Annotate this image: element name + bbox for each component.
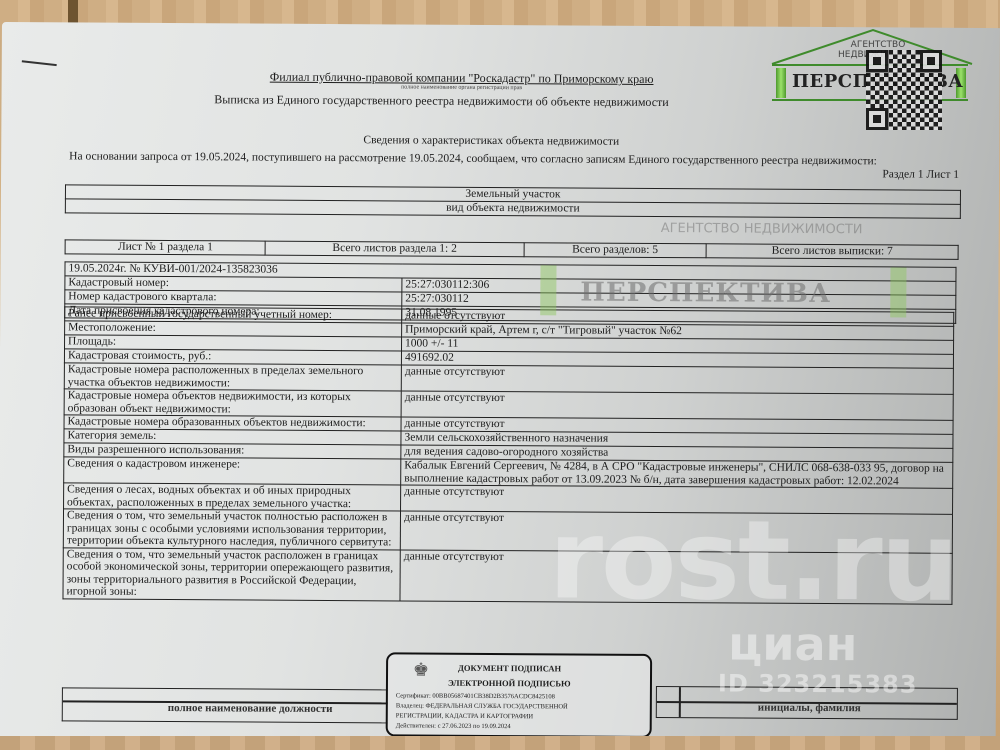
watermark-cian: циан <box>728 616 857 671</box>
row-value: данные отсутствуют <box>401 485 953 514</box>
stamp-owner-2: РЕГИСТРАЦИИ, КАДАСТРА И КАРТОГРАФИИ <box>396 712 533 720</box>
row-label: Кадастровые номера образованных объектов… <box>64 415 401 431</box>
coat-of-arms-icon: ♚ <box>410 659 432 681</box>
total-sheets-extract: Всего листов выписки: 7 <box>706 244 958 260</box>
row-label: Виды разрешенного использования: <box>64 443 401 459</box>
row-value: данные отсутствуют <box>401 365 953 394</box>
row-label: Кадастровые номера объектов недвижимости… <box>64 389 401 417</box>
row-label: Сведения о том, что земельный участок ра… <box>63 547 400 600</box>
row-label: Площадь: <box>65 335 402 351</box>
object-type-table: Земельный участок вид объекта недвижимос… <box>65 184 961 218</box>
row-value: данные отсутствуют <box>400 511 952 553</box>
row-label: Кадастровый номер: <box>65 276 402 292</box>
sheet-number: Лист № 1 раздела 1 <box>65 240 266 255</box>
stamp-validity: Действителен: с 27.06.2023 по 19.09.2024 <box>396 722 511 730</box>
logo-column-icon <box>776 68 786 98</box>
pen-mark <box>22 60 57 66</box>
row-label: Номер кадастрового квартала: <box>65 290 402 306</box>
stamp-line1: ДОКУМЕНТ ПОДПИСАН <box>458 663 561 674</box>
row-label: Местоположение: <box>65 321 402 337</box>
total-sections: Всего разделов: 5 <box>524 243 707 258</box>
sheet-info-table: Лист № 1 раздела 1 Всего листов раздела … <box>65 239 959 259</box>
row-value: Кабалык Евгений Сергеевич, № 4284, в А С… <box>401 459 953 488</box>
row-label: Кадастровая стоимость, руб.: <box>64 349 401 365</box>
row-label: Сведения о кадастровом инженере: <box>64 457 401 485</box>
row-value: данные отсутствуют <box>401 391 953 420</box>
qr-code <box>866 50 942 130</box>
stamp-owner-1: Владелец: ФЕДЕРАЛЬНАЯ СЛУЖБА ГОСУДАРСТВЕ… <box>396 702 568 710</box>
wood-background-bottom <box>0 736 1000 750</box>
row-label: Сведения о том, что земельный участок по… <box>63 509 400 550</box>
document-page: Филиал публично-правовой компании "Роска… <box>0 22 1000 744</box>
section-title: Сведения о характеристиках объекта недви… <box>0 132 991 150</box>
position-caption: полное наименование должности <box>168 702 333 715</box>
stamp-certificate: Сертификат: 00BB05687401CB38D2B3576ACDC8… <box>396 692 555 700</box>
row-label: Кадастровые номера расположенных в преде… <box>64 363 401 391</box>
electronic-signature-stamp: ♚ ДОКУМЕНТ ПОДПИСАН ЭЛЕКТРОННОЙ ПОДПИСЬЮ… <box>386 652 653 738</box>
page-reference: Раздел 1 Лист 1 <box>882 168 959 180</box>
initials-caption: инициалы, фамилия <box>758 702 861 715</box>
watermark-agency: АГЕНТСТВО НЕДВИЖИМОСТИ <box>661 222 863 237</box>
characteristics-table: Ранее присвоенный государственный учетны… <box>62 306 954 604</box>
table-row: Сведения о том, что земельный участок по… <box>63 509 952 553</box>
table-row: Сведения о том, что земельный участок ра… <box>63 547 952 603</box>
row-label: Сведения о лесах, водных объектах и об и… <box>64 483 401 511</box>
stamp-line2: ЭЛЕКТРОННОЙ ПОДПИСЬЮ <box>448 678 571 689</box>
basis-text: На основании запроса от 19.05.2024, пост… <box>69 150 877 167</box>
row-value: данные отсутствуют <box>400 549 952 603</box>
total-sheets-section: Всего листов раздела 1: 2 <box>266 241 524 257</box>
row-label: Ранее присвоенный государственный учетны… <box>65 307 402 323</box>
row-label: Категория земель: <box>64 429 401 445</box>
